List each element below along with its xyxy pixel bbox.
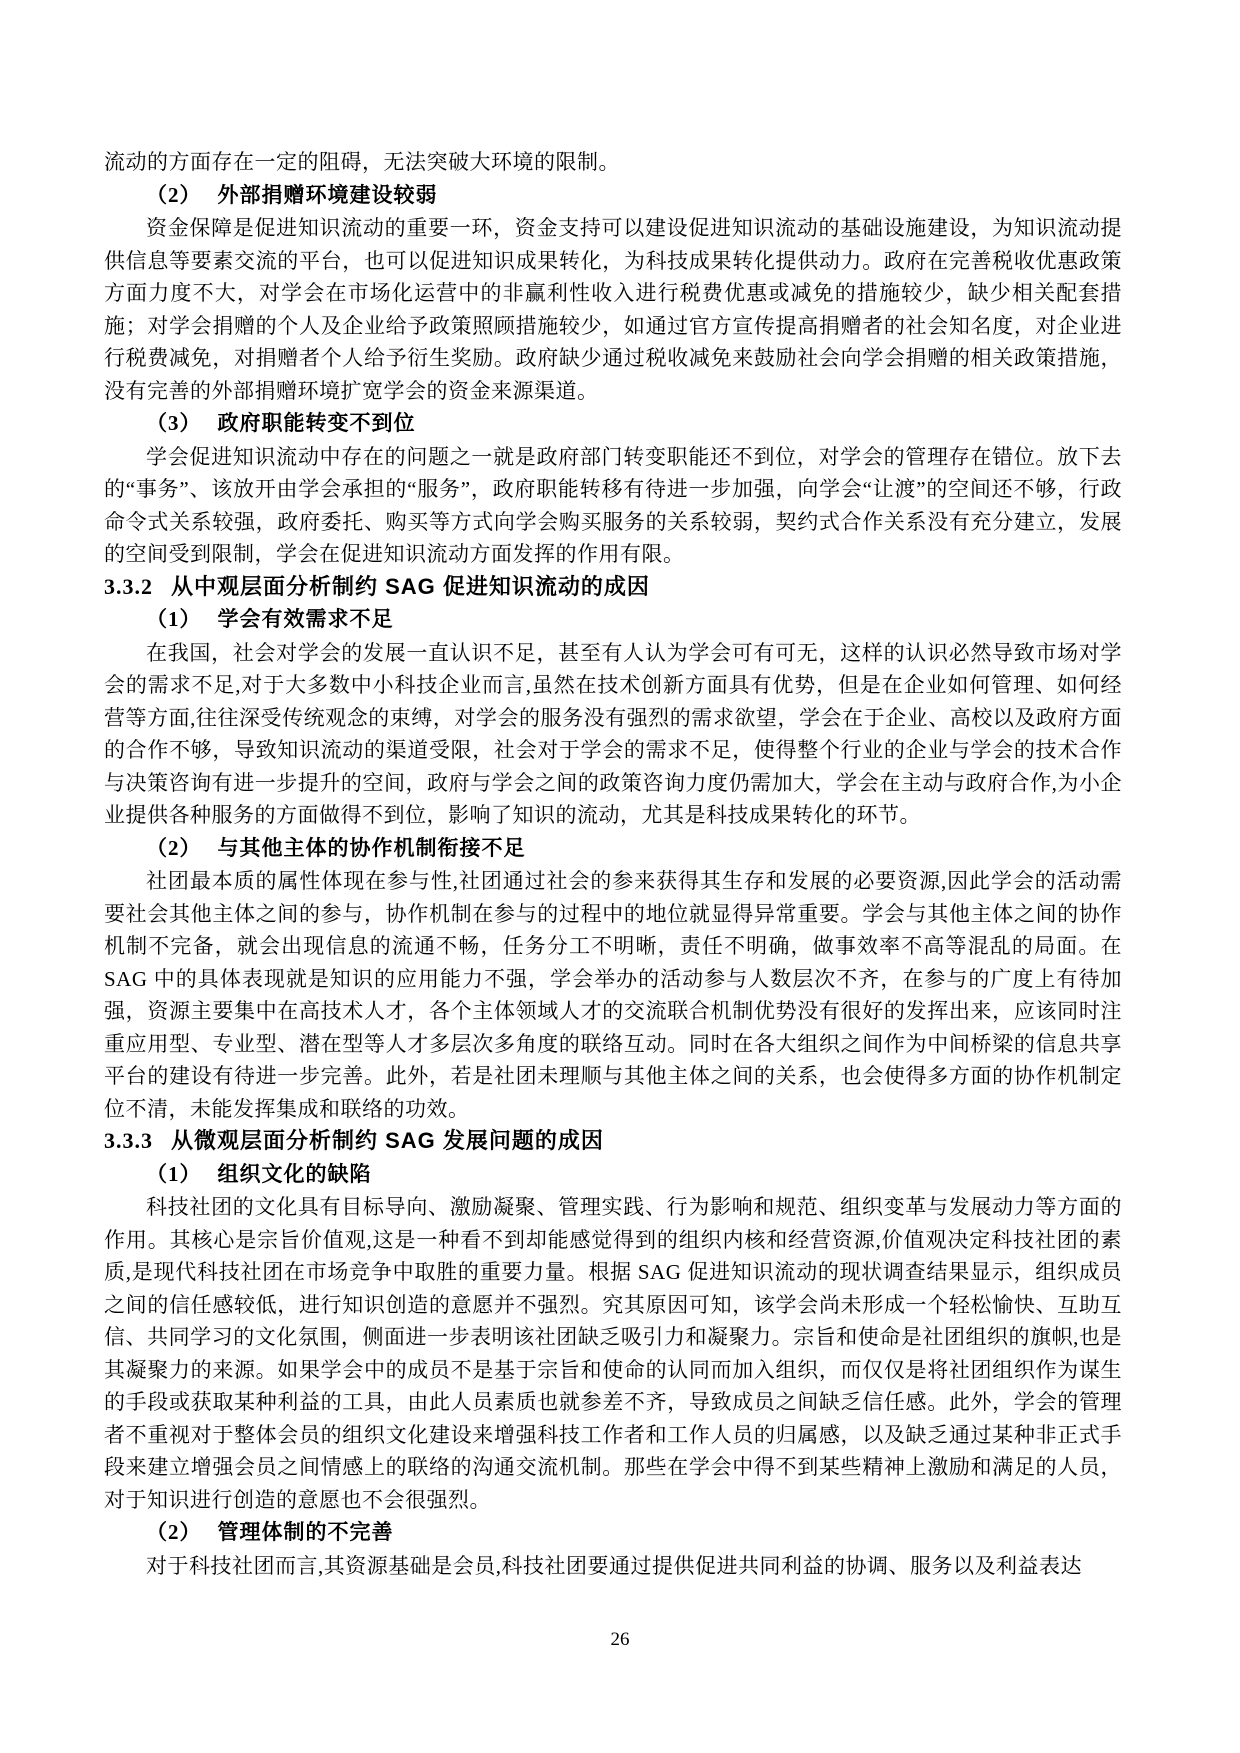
subsection-heading: （2）外部捐赠环境建设较弱 [104, 179, 1122, 213]
subsection-heading: （3）政府职能转变不到位 [104, 407, 1122, 441]
subsection-title: 政府职能转变不到位 [218, 412, 416, 435]
section-heading: 3.3.3从微观层面分析制约 SAG 发展问题的成因 [104, 1125, 1122, 1158]
section-number: 3.3.3 [104, 1128, 153, 1153]
subsection-title: 外部捐赠环境建设较弱 [218, 184, 438, 207]
paragraph: 在我国，社会对学会的发展一直认识不足，甚至有人认为学会可有可无，这样的认识必然导… [104, 637, 1122, 832]
subsection-heading: （1）组织文化的缺陷 [104, 1158, 1122, 1192]
subsection-number: （1） [146, 607, 202, 631]
subsection-heading: （2）与其他主体的协作机制衔接不足 [104, 832, 1122, 866]
subsection-number: （2） [146, 183, 202, 207]
paragraph: 对于科技社团而言,其资源基础是会员,科技社团要通过提供促进共同利益的协调、服务以… [104, 1550, 1122, 1583]
paragraph: 资金保障是促进知识流动的重要一环，资金支持可以建设促进知识流动的基础设施建设，为… [104, 212, 1122, 407]
document-page: 流动的方面存在一定的阻碍，无法突破大环境的限制。 （2）外部捐赠环境建设较弱 资… [0, 0, 1240, 1753]
subsection-title: 组织文化的缺陷 [218, 1163, 372, 1186]
subsection-title: 管理体制的不完善 [218, 1521, 394, 1544]
subsection-title: 与其他主体的协作机制衔接不足 [218, 837, 526, 860]
subsection-number: （2） [146, 836, 202, 860]
section-title: 从微观层面分析制约 SAG 发展问题的成因 [171, 1128, 604, 1153]
paragraph: 学会促进知识流动中存在的问题之一就是政府部门转变职能还不到位，对学会的管理存在错… [104, 441, 1122, 571]
section-heading: 3.3.2从中观层面分析制约 SAG 促进知识流动的成因 [104, 571, 1122, 604]
subsection-number: （3） [146, 411, 202, 435]
subsection-heading: （2）管理体制的不完善 [104, 1516, 1122, 1550]
section-number: 3.3.2 [104, 574, 153, 599]
paragraph: 科技社团的文化具有目标导向、激励凝聚、管理实践、行为影响和规范、组织变革与发展动… [104, 1191, 1122, 1516]
subsection-title: 学会有效需求不足 [218, 608, 394, 631]
page-number: 26 [0, 1624, 1240, 1656]
page-content: 流动的方面存在一定的阻碍，无法突破大环境的限制。 （2）外部捐赠环境建设较弱 资… [104, 146, 1122, 1582]
paragraph: 社团最本质的属性体现在参与性,社团通过社会的参来获得其生存和发展的必要资源,因此… [104, 865, 1122, 1125]
subsection-heading: （1）学会有效需求不足 [104, 603, 1122, 637]
section-title: 从中观层面分析制约 SAG 促进知识流动的成因 [171, 574, 650, 599]
subsection-number: （2） [146, 1520, 202, 1544]
subsection-number: （1） [146, 1162, 202, 1186]
paragraph-continuation: 流动的方面存在一定的阻碍，无法突破大环境的限制。 [104, 146, 1122, 179]
